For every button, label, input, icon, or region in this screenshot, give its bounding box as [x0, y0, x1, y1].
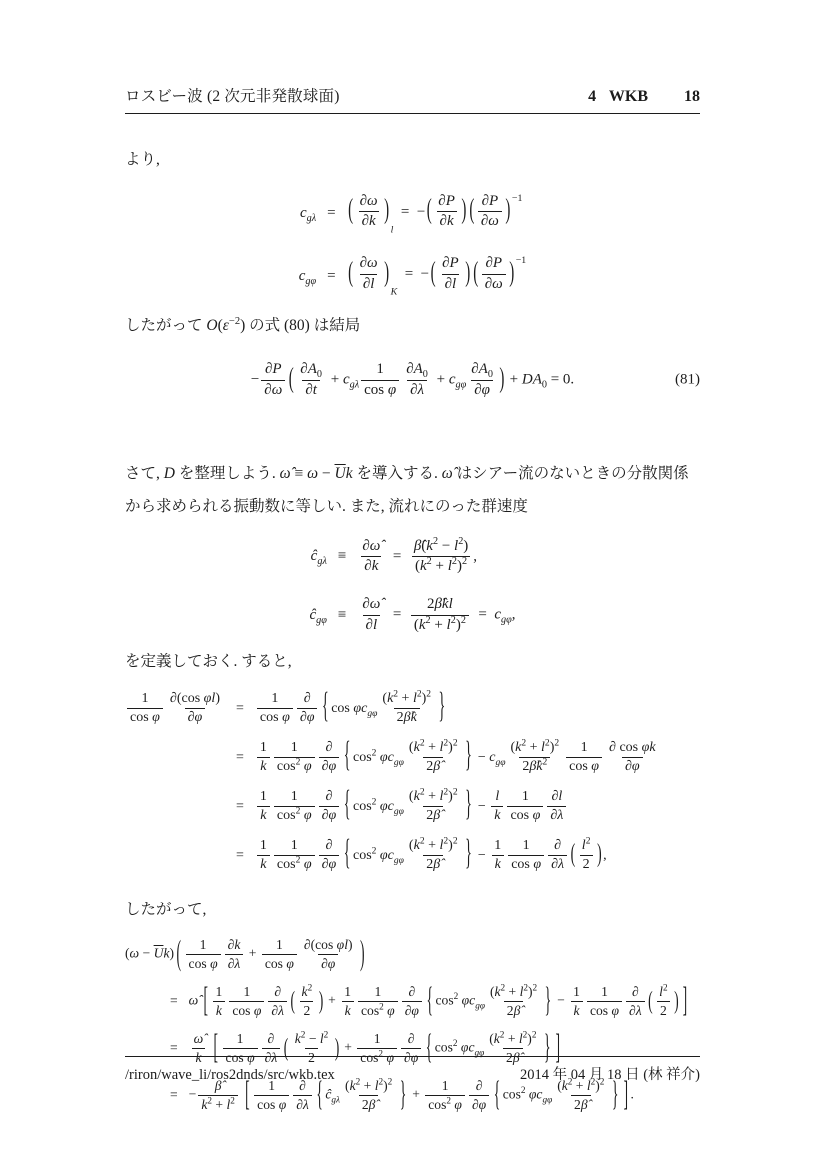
page-footer: /riron/wave_li/ros2dnds/src/wkb.tex 2014…: [125, 1056, 700, 1084]
equation-align-grid: cgλ = (∂ω∂k)l = −(∂P∂k)(∂P∂ω)−1 cgφ = (∂…: [299, 193, 527, 298]
equation-align-grid: 1cos φ∂(cos φl)∂φ = 1cos φ∂∂φ{cos φcgφ(k…: [125, 691, 700, 874]
page-number: 18: [684, 88, 700, 106]
equation-group-velocity: cgλ = (∂ω∂k)l = −(∂P∂k)(∂P∂ω)−1 cgφ = (∂…: [125, 193, 700, 298]
paragraph-yori: より,: [125, 144, 700, 177]
equation-relation: =: [325, 268, 337, 285]
equation-relation: =: [234, 799, 246, 815]
equation-rhs: (∂ω∂k)l = −(∂P∂k)(∂P∂ω)−1: [347, 193, 523, 236]
equation-align-grid: ĉgλ ≡ ∂ω̂∂k = β̂(k2 − l2)(k2 + l2)2, ĉgφ…: [309, 538, 515, 635]
equation-relation: =: [234, 848, 246, 864]
equation-rhs: ∂ω̂∂k = β̂(k2 − l2)(k2 + l2)2,: [357, 538, 477, 576]
footer-date: 2014 年 04 月 18 日 (林 祥介): [520, 1063, 700, 1084]
equation-relation: =: [168, 1040, 180, 1056]
paragraph-shitagatte: したがって,: [125, 894, 700, 927]
running-title: ロスビー波 (2 次元非発散球面): [125, 84, 340, 106]
paragraph-teigi: を定義しておく. すると,: [125, 646, 700, 679]
equation-body: −∂P∂ω(∂A0∂t + cgλ1cos φ∂A0∂λ + cgφ∂A0∂φ)…: [251, 361, 574, 399]
equation-relation: ≡: [336, 607, 348, 624]
document-page: ロスビー波 (2 次元非発散球面) 4 WKB 18 より, cgλ = (∂ω…: [0, 0, 826, 1169]
header-rule: [125, 113, 700, 114]
equation-number: (81): [675, 372, 700, 389]
equation-lhs: cgλ: [300, 205, 316, 222]
equation-final: (ω − Uk)(1cos φ∂k∂λ + 1cos φ∂(cos φl)∂φ)…: [125, 937, 700, 1113]
footer-row: /riron/wave_li/ros2dnds/src/wkb.tex 2014…: [125, 1063, 700, 1084]
header-right-group: 4 WKB 18: [588, 88, 700, 106]
equation-relation: ≡: [336, 548, 348, 565]
equation-rhs: ω̂ [1k1cos φ∂∂λ(k22) + 1k1cos2 φ∂∂φ{cos2…: [189, 984, 690, 1019]
paragraph-sate-d: さて, D を整理しよう. ω̂ ≡ ω − Uk を導入する. ω̂ はシアー…: [125, 458, 700, 523]
equation-lead: (ω − Uk)(1cos φ∂k∂λ + 1cos φ∂(cos φl)∂φ): [125, 937, 700, 972]
paragraph-shitagatte-80: したがって O(ε−2) の式 (80) は結局: [125, 310, 700, 343]
footer-rule: [125, 1056, 700, 1057]
equation-rhs: 1k1cos2 φ∂∂φ{cos2 φcgφ(k2 + l2)22β̂} − l…: [255, 789, 568, 825]
equation-rhs: (∂ω∂l)K = −(∂P∂l)(∂P∂ω)−1: [347, 255, 527, 298]
equation-derivation: 1cos φ∂(cos φl)∂φ = 1cos φ∂∂φ{cos φcgφ(k…: [125, 691, 700, 874]
equation-rhs: ∂ω̂∂l = 2β̂kl(k2 + l2)2 = cgφ,: [357, 596, 515, 634]
section-title: 4 WKB: [588, 88, 648, 106]
page-header: ロスビー波 (2 次元非発散球面) 4 WKB 18: [125, 84, 700, 106]
equation-relation: =: [168, 993, 180, 1009]
equation-81: −∂P∂ω(∂A0∂t + cgλ1cos φ∂A0∂λ + cgφ∂A0∂φ)…: [125, 354, 700, 406]
equation-align-grid: = ω̂ [1k1cos φ∂∂λ(k22) + 1k1cos2 φ∂∂φ{co…: [125, 984, 700, 1113]
equation-relation: =: [325, 205, 337, 222]
equation-rhs: 1k1cos2 φ∂∂φ{cos2 φcgφ(k2 + l2)22β̂} − c…: [255, 740, 661, 776]
equation-relation: =: [234, 750, 246, 766]
equation-rhs: 1cos φ∂∂φ{cos φcgφ(k2 + l2)22β̂k}: [255, 691, 448, 727]
equation-lhs: 1cos φ∂(cos φl)∂φ: [125, 691, 225, 727]
equation-relation: =: [168, 1087, 180, 1103]
equation-rhs: 1k1cos2 φ∂∂φ{cos2 φcgφ(k2 + l2)22β̂} − 1…: [255, 838, 607, 874]
equation-lhs: ĉgλ: [311, 548, 327, 565]
footer-file-path: /riron/wave_li/ros2dnds/src/wkb.tex: [125, 1067, 335, 1084]
equation-relation: =: [234, 701, 246, 717]
equation-lhs: cgφ: [299, 268, 316, 285]
equation-lhs: ĉgφ: [309, 607, 326, 624]
equation-hat-group-velocity: ĉgλ ≡ ∂ω̂∂k = β̂(k2 − l2)(k2 + l2)2, ĉgφ…: [125, 538, 700, 635]
